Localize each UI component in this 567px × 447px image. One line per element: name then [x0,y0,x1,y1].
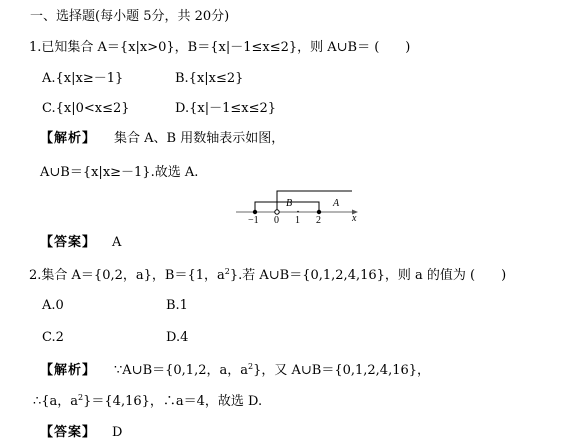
q1-analysis-text-2: A∪B＝{x|x≥－1}.故选 A. [40,165,198,181]
question-1-stem: 1.已知集合 A＝{x|x>0}，B＝{x|－1≤x≤2}，则 A∪B＝ ( ) [29,40,410,56]
q2-option-c: C.2 [42,330,64,346]
q2-analysis-text-2b: }＝{4,16}，∴a＝4，故选 D. [83,394,262,409]
q2-analysis-text-2a: ∴{a，a [33,394,78,409]
tick-label-minus-1: −1 [248,215,259,226]
q2-answer-value: D [112,425,122,440]
q2-option-b: B.1 [166,298,188,314]
q1-answer-row: 【答案】A [40,235,121,251]
q2-analysis-label: 【解析】 [40,363,96,378]
tick-label-2: 2 [316,215,321,226]
q1-analysis-text-1: 集合 A、B 用数轴表示如图， [114,131,284,146]
q1-analysis-label: 【解析】 [40,131,96,146]
number-line-figure: B A −1 0 1 2 x [234,188,364,230]
q1-option-b: B.{x|x≤2} [175,71,243,87]
q2-answer-label: 【答案】 [40,425,96,440]
q2-analysis-row-2: ∴{a，a2}＝{4,16}，∴a＝4，故选 D. [33,394,262,410]
q1-option-d: D.{x|－1≤x≤2} [175,101,276,117]
question-2-stem: 2.集合 A＝{0,2，a}，B＝{1，a2}.若 A∪B＝{0,1,2,4,1… [29,268,506,284]
q2-option-d: D.4 [166,330,188,346]
q2-answer-row: 【答案】D [40,425,122,441]
tick-label-1: 1 [295,215,300,226]
q2-stem-part-2: }.若 A∪B＝{0,1,2,4,16}，则 a 的值为 ( ) [230,268,506,283]
section-heading: 一、选择题(每小题 5分，共 20分) [30,9,229,25]
q1-analysis-row: 【解析】集合 A、B 用数轴表示如图， [40,131,284,147]
q1-option-a: A.{x|x≥－1} [42,71,123,87]
set-a-label: A [333,198,339,209]
q2-analysis-text-1b: }，又 A∪B＝{0,1,2,4,16}， [253,363,430,378]
axis-label-x: x [352,213,356,224]
q1-answer-label: 【答案】 [40,235,96,250]
q2-stem-part-1: 2.集合 A＝{0,2，a}，B＝{1，a [29,268,225,283]
q1-option-c: C.{x|0<x≤2} [42,101,130,117]
q2-option-a: A.0 [42,298,64,314]
set-b-label: B [286,198,292,209]
tick-label-0: 0 [274,215,279,226]
q1-answer-value: A [112,235,121,250]
q2-analysis-row: 【解析】∵A∪B＝{0,1,2，a，a2}，又 A∪B＝{0,1,2,4,16}… [40,363,430,379]
q2-analysis-text-1a: ∵A∪B＝{0,1,2，a，a [114,363,248,378]
